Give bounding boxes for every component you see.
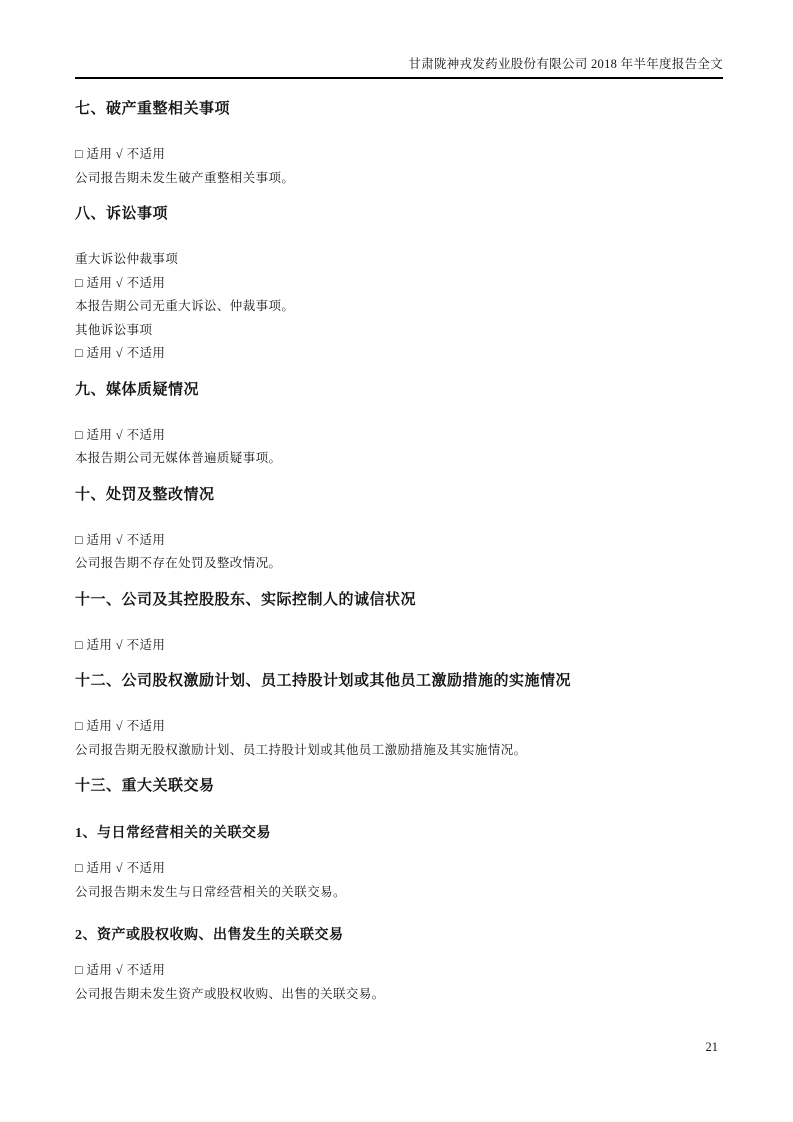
applicability-line: □ 适用 √ 不适用 [75,429,723,442]
paragraph: 公司报告期未发生与日常经营相关的关联交易。 [75,886,723,899]
applicability-line: □ 适用 √ 不适用 [75,148,723,161]
applicability-line: □ 适用 √ 不适用 [75,534,723,547]
paragraph: 其他诉讼事项 [75,324,723,337]
applicability-line: □ 适用 √ 不适用 [75,277,723,290]
paragraph: 公司报告期无股权激励计划、员工持股计划或其他员工激励措施及其实施情况。 [75,744,723,757]
applicability-line: □ 适用 √ 不适用 [75,720,723,733]
section-title-10: 十、处罚及整改情况 [75,486,723,505]
section-title-8: 八、诉讼事项 [75,205,723,224]
section-title-12: 十二、公司股权激励计划、员工持股计划或其他员工激励措施的实施情况 [75,672,723,691]
section-title-9: 九、媒体质疑情况 [75,381,723,400]
section-title-11: 十一、公司及其控股股东、实际控制人的诚信状况 [75,591,723,610]
page-header: 甘肃陇神戎发药业股份有限公司 2018 年半年度报告全文 [75,0,723,79]
paragraph: 公司报告期不存在处罚及整改情况。 [75,557,723,570]
paragraph: 重大诉讼仲裁事项 [75,253,723,266]
section-title-7: 七、破产重整相关事项 [75,100,723,119]
paragraph: 公司报告期未发生资产或股权收购、出售的关联交易。 [75,988,723,1001]
paragraph: 公司报告期未发生破产重整相关事项。 [75,172,723,185]
subsection-title-13-1: 1、与日常经营相关的关联交易 [75,825,723,842]
paragraph: 本报告期公司无媒体普遍质疑事项。 [75,452,723,465]
report-page: 甘肃陇神戎发药业股份有限公司 2018 年半年度报告全文 七、破产重整相关事项 … [0,0,793,1122]
document-body: 七、破产重整相关事项 □ 适用 √ 不适用 公司报告期未发生破产重整相关事项。 … [75,79,723,1011]
applicability-line: □ 适用 √ 不适用 [75,347,723,360]
subsection-title-13-2: 2、资产或股权收购、出售发生的关联交易 [75,927,723,944]
applicability-line: □ 适用 √ 不适用 [75,639,723,652]
applicability-line: □ 适用 √ 不适用 [75,862,723,875]
applicability-line: □ 适用 √ 不适用 [75,964,723,977]
page-number: 21 [706,1040,719,1054]
page-footer: 21 [706,1040,719,1055]
paragraph: 本报告期公司无重大诉讼、仲裁事项。 [75,300,723,313]
header-title: 甘肃陇神戎发药业股份有限公司 2018 年半年度报告全文 [408,57,723,71]
section-title-13: 十三、重大关联交易 [75,777,723,796]
